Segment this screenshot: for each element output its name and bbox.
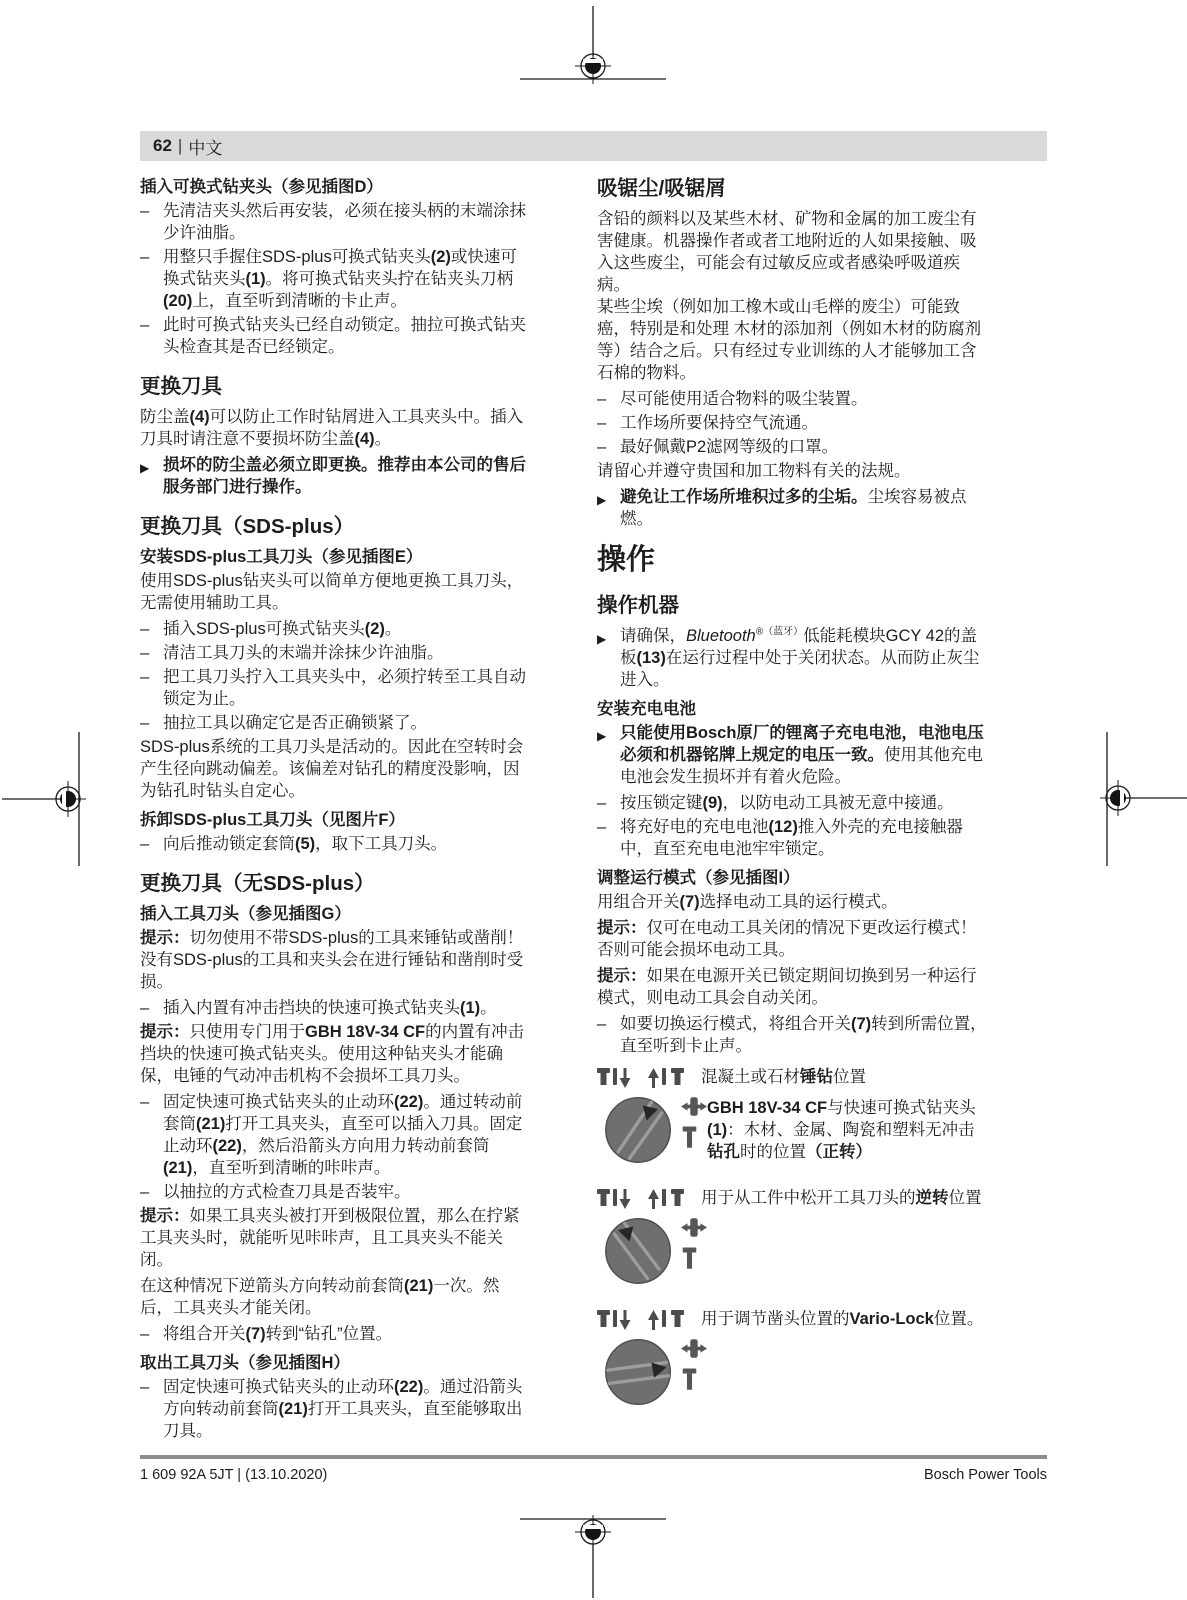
text-run: GBH 18V-34 CF (305, 1023, 425, 1041)
heading-dust-extraction: 吸锯尘/吸锯屑 (597, 176, 989, 201)
text-run: 请留心并遵守贵国和加工物料有关的法规。 (597, 462, 911, 480)
hammer-action-icon (681, 1096, 707, 1117)
hammer-action-icon (681, 1217, 707, 1238)
bullet-item: –抽拉工具以确定它是否正确锁紧了。 (140, 712, 532, 734)
text-run: 安装充电电池 (597, 700, 696, 718)
footer-left: 1 609 92A 5JT | (13.10.2020) (140, 1467, 327, 1483)
text-run: (20) (163, 292, 192, 310)
text-run: 在运行过程中处于关闭状态。从而防止灰尘进入。 (620, 649, 979, 689)
text-run: 逆转 (916, 1189, 949, 1207)
heading-changing-tool-without-sds: 更换刀具（无SDS-plus） (140, 871, 532, 896)
dash-marker: – (140, 712, 163, 734)
text-run: ，取下工具刀头。 (315, 835, 447, 853)
text-run: 位置 (949, 1189, 982, 1207)
text-run: Vario-Lock (850, 1310, 934, 1328)
bullet-item: –最好佩戴P2滤网等级的口罩。 (597, 436, 989, 458)
dash-marker: – (597, 792, 620, 814)
chuck-release-icon (597, 1067, 635, 1090)
bullet-item: –如要切换运行模式，将组合开关(7)转到所需位置，直至听到卡止声。 (597, 1013, 989, 1057)
dial-row (597, 1335, 989, 1409)
sub-heading: 取出工具刀头（参见插图H） (140, 1352, 532, 1374)
chuck-release-icon (597, 1188, 635, 1211)
text-run: 取出工具刀头（参见插图H） (140, 1354, 350, 1372)
text-run: (22) (394, 1378, 423, 1396)
dial-row: GBH 18V-34 CF与快速可换式钻夹头(1)：木材、金属、陶瓷和塑料无冲击… (597, 1093, 989, 1167)
item-text: 用整只手握住SDS-plus可换式钻夹头(2)或快速可换式钻夹头(1)。将可换式… (163, 246, 532, 312)
text-run: 在这种情况下逆箭头方向转动前套筒 (140, 1277, 404, 1295)
text-run: ，以防电动工具被无意中接通。 (723, 794, 954, 812)
dash-marker: – (140, 1181, 163, 1203)
text-run: (22) (394, 1093, 423, 1111)
item-text: 固定快速可换式钻夹头的止动环(22)。通过沿箭头方向转动前套筒(21)打开工具夹… (163, 1376, 532, 1442)
bullet-item: –先清洁夹头然后再安装，必须在接头柄的末端涂抹少许油脂。 (140, 200, 532, 244)
paragraph: SDS-plus系统的工具刀头是活动的。因此在空转时会产生径向跳动偏差。该偏差对… (140, 736, 532, 802)
text-run: 损坏的防尘盖必须立即更换。推荐由本公司的售后服务部门进行操作。 (163, 456, 526, 496)
text-run: 用整只手握住SDS-plus可换式钻夹头 (163, 248, 431, 266)
text-run: 更换刀具 (140, 375, 222, 398)
item-text: 把工具刀头拧入工具夹头中，必须拧转至工具自动锁定为止。 (163, 666, 532, 710)
heading-changing-tool-sds: 更换刀具（SDS-plus） (140, 514, 532, 539)
text-run: 插入可换式钻夹头（参见插图D） (140, 178, 383, 196)
text-run: (21) (163, 1159, 192, 1177)
text-run: (21) (404, 1277, 433, 1295)
chuck-insert-icon (647, 1067, 685, 1090)
text-run: 将充好电的充电电池 (620, 818, 769, 836)
item-text: 清洁工具刀头的末端并涂抹少许油脂。 (163, 642, 532, 664)
paragraph: 提示：只使用专门用于GBH 18V-34 CF的内置有冲击挡块的快速可换式钻夹头… (140, 1021, 532, 1087)
bullet-item: –将组合开关(7)转到“钻孔”位置。 (140, 1323, 532, 1345)
text-run: 先清洁夹头然后再安装，必须在接头柄的末端涂抹少许油脂。 (163, 202, 526, 242)
text-run: 提示： (140, 1207, 190, 1225)
item-text: 最好佩戴P2滤网等级的口罩。 (620, 436, 989, 458)
text-run: (13) (637, 649, 666, 667)
notice-item: ▶请确保，Bluetooth®（蓝牙）低能耗模块GCY 42的盖板(13)在运行… (597, 625, 989, 691)
dash-marker: – (140, 618, 163, 640)
arrow-marker: ▶ (597, 486, 620, 530)
paragraph: 提示：切勿使用不带SDS-plus的工具来锤钻或凿削！没有SDS-plus的工具… (140, 927, 532, 993)
item-text: 如要切换运行模式，将组合开关(7)转到所需位置，直至听到卡止声。 (620, 1013, 989, 1057)
bullet-item: –按压锁定键(9)，以防电动工具被无意中接通。 (597, 792, 989, 814)
item-text: 避免让工作场所堆积过多的尘垢。尘埃容易被点燃。 (620, 486, 989, 530)
text-run: （蓝牙） (763, 627, 803, 638)
header-separator: | (178, 136, 182, 156)
text-run: (9) (703, 794, 723, 812)
registration-mark-left (2, 724, 92, 872)
mode-icons (597, 1187, 701, 1211)
heading-insert-keyless-chuck: 插入可换式钻夹头（参见插图D） (140, 176, 532, 198)
bullet-item: –以抽拉的方式检查刀具是否装牢。 (140, 1181, 532, 1203)
text-run: 操作机器 (597, 594, 679, 617)
item-text: 以抽拉的方式检查刀具是否装牢。 (163, 1181, 532, 1203)
dash-marker: – (140, 246, 163, 312)
notice-item: ▶避免让工作场所堆积过多的尘垢。尘埃容易被点燃。 (597, 486, 989, 530)
text-run: ，然后沿箭头方向用力转动前套筒 (242, 1137, 490, 1155)
text-run: 用于从工件中松开工具刀头的 (701, 1189, 916, 1207)
item-text: 请确保，Bluetooth®（蓝牙）低能耗模块GCY 42的盖板(13)在运行过… (620, 625, 989, 691)
dial-side-icons (681, 1214, 707, 1270)
item-text: 抽拉工具以确定它是否正确锁紧了。 (163, 712, 532, 734)
text-run: 如果工具夹头被打开到极限位置，那么在拧紧工具夹头时，就能听见咔咔声，且工具夹头不… (140, 1207, 520, 1269)
dash-marker: – (140, 200, 163, 244)
text-run: 上，直至听到清晰的卡止声。 (192, 292, 407, 310)
text-run: 选择电动工具的运行模式。 (700, 893, 898, 911)
text-run: 使用SDS-plus钻夹头可以简单方便地更换工具刀头，无需使用辅助工具。 (140, 572, 523, 612)
text-run: (21) (279, 1400, 308, 1418)
text-run: 工作场所要保持空气流通。 (620, 414, 818, 432)
drill-bit-icon (681, 1368, 707, 1391)
footer-date: (13.10.2020) (245, 1467, 327, 1483)
text-run: (4) (355, 430, 375, 448)
text-run: 如果在电源开关已锁定期间切换到另一种运行模式，则电动工具会自动关闭。 (597, 967, 977, 1007)
drill-bit-icon (681, 1126, 707, 1149)
dial-side-icons (681, 1093, 707, 1149)
heading-changing-tool: 更换刀具 (140, 374, 532, 399)
text-run: 锤钻 (800, 1068, 833, 1086)
dash-marker: – (140, 314, 163, 358)
dash-marker: – (597, 436, 620, 458)
paragraph: 在这种情况下逆箭头方向转动前套筒(21)一次。然后，工具夹头才能关闭。 (140, 1275, 532, 1319)
hammer-drill-dial-icon (597, 1093, 681, 1167)
chuck-insert-icon (647, 1188, 685, 1211)
text-run: 按压锁定键 (620, 794, 703, 812)
notice-item: ▶只能使用Bosch原厂的锂离子充电电池，电池电压必须和机器铭牌上规定的电压一致… (597, 722, 989, 788)
item-text: 工作场所要保持空气流通。 (620, 412, 989, 434)
text-run: 。将可换式钻夹头拧在钻夹头刀柄 (266, 270, 514, 288)
item-text: 插入SDS-plus可换式钻夹头(2)。 (163, 618, 532, 640)
page-footer: 1 609 92A 5JT | (13.10.2020) Bosch Power… (140, 1455, 1047, 1483)
text-run: 防尘盖 (140, 408, 190, 426)
text-run: 将组合开关 (163, 1325, 246, 1343)
dash-marker: – (597, 1013, 620, 1057)
manual-page: 62 | 中文 插入可换式钻夹头（参见插图D）–先清洁夹头然后再安装，必须在接头… (0, 0, 1187, 1600)
sub-heading: 安装SDS-plus工具刀头（参见插图E） (140, 546, 532, 568)
sub-heading: 调整运行模式（参见插图I） (597, 867, 989, 889)
document-number: 1 609 92A 5JT (140, 1467, 233, 1483)
dash-marker: – (597, 816, 620, 860)
dash-marker: – (140, 1091, 163, 1179)
dash-marker: – (597, 412, 620, 434)
dial-description (707, 1335, 989, 1339)
item-text: 只能使用Bosch原厂的锂离子充电电池，电池电压必须和机器铭牌上规定的电压一致。… (620, 722, 989, 788)
bullet-item: –向后推动锁定套筒(5)，取下工具刀头。 (140, 833, 532, 855)
dash-marker: – (140, 833, 163, 855)
text-run: 安装SDS-plus工具刀头（参见插图E） (140, 548, 422, 566)
paragraph: 提示：如果在电源开关已锁定期间切换到另一种运行模式，则电动工具会自动关闭。 (597, 965, 989, 1009)
text-run: 请确保， (620, 627, 686, 645)
text-run: 操作 (597, 544, 655, 576)
item-text: 先清洁夹头然后再安装，必须在接头柄的末端涂抹少许油脂。 (163, 200, 532, 244)
text-run: 抽拉工具以确定它是否正确锁紧了。 (163, 714, 427, 732)
chuck-insert-icon (647, 1309, 685, 1332)
text-run: 仅可在电动工具关闭的情况下更改运行模式！否则可能会损坏电动工具。 (597, 919, 977, 959)
text-run: 含铅的颜料以及某些木材、矿物和金属的加工废尘有害健康。机器操作者或者工地附近的人… (597, 210, 977, 294)
dash-marker: – (140, 997, 163, 1019)
text-run: 提示： (140, 929, 190, 947)
bullet-item: –插入SDS-plus可换式钻夹头(2)。 (140, 618, 532, 640)
text-run: 转到“钻孔”位置。 (266, 1325, 393, 1343)
bullet-item: –固定快速可换式钻夹头的止动环(22)。通过转动前套筒(21)打开工具夹头，直至… (140, 1091, 532, 1179)
dash-marker: – (140, 1323, 163, 1345)
text-run: (1) (246, 270, 266, 288)
arrow-marker: ▶ (597, 625, 620, 691)
text-run: 用于调节凿头位置的 (701, 1310, 850, 1328)
text-run: 某些尘埃（例如加工橡木或山毛榉的废尘）可能致癌，特别是和处理 木材的添加剂（例如… (597, 298, 981, 382)
registration-mark-bottom (520, 1506, 666, 1598)
dash-marker: – (140, 642, 163, 664)
text-run: 。 (375, 430, 392, 448)
text-run: (7) (851, 1015, 871, 1033)
text-run: （正转） (806, 1143, 872, 1161)
text-run: 时的位置 (740, 1143, 806, 1161)
sub-heading: 拆卸SDS-plus工具刀头（见图片F） (140, 809, 532, 831)
dial-side-icons (681, 1335, 707, 1391)
dash-marker: – (140, 1376, 163, 1442)
paragraph: 某些尘埃（例如加工橡木或山毛榉的废尘）可能致癌，特别是和处理 木材的添加剂（例如… (597, 296, 989, 384)
paragraph: 提示：仅可在电动工具关闭的情况下更改运行模式！否则可能会损坏电动工具。 (597, 917, 989, 961)
paragraph: 提示：如果工具夹头被打开到极限位置，那么在拧紧工具夹头时，就能听见咔咔声，且工具… (140, 1205, 532, 1271)
text-run: 调整运行模式（参见插图I） (597, 869, 800, 887)
text-run: 拆卸SDS-plus工具刀头（见图片F） (140, 811, 405, 829)
item-text: 此时可换式钻夹头已经自动锁定。抽拉可换式钻夹头检查其是否已经锁定。 (163, 314, 532, 358)
item-text: 插入内置有冲击挡块的快速可换式钻夹头(1)。 (163, 997, 532, 1019)
text-run: 提示： (597, 919, 647, 937)
heading-starting-operation: 操作机器 (597, 593, 989, 618)
text-run: (7) (246, 1325, 266, 1343)
text-run: 用组合开关 (597, 893, 680, 911)
item-text: 按压锁定键(9)，以防电动工具被无意中接通。 (620, 792, 989, 814)
bullet-item: –工作场所要保持空气流通。 (597, 412, 989, 434)
footer-brand: Bosch Power Tools (924, 1467, 1047, 1483)
paragraph: 用组合开关(7)选择电动工具的运行模式。 (597, 891, 989, 913)
paragraph: 请留心并遵守贵国和加工物料有关的法规。 (597, 460, 989, 482)
dial-description: GBH 18V-34 CF与快速可换式钻夹头(1)：木材、金属、陶瓷和塑料无冲击… (707, 1093, 989, 1163)
mode-icons (597, 1308, 701, 1332)
registration-mark-top (520, 6, 666, 86)
text-run: 位置。 (934, 1310, 984, 1328)
text-run: (21) (196, 1115, 225, 1133)
text-run: Bluetooth (686, 627, 756, 645)
bullet-item: –插入内置有冲击挡块的快速可换式钻夹头(1)。 (140, 997, 532, 1019)
mode-label: 用于从工件中松开工具刀头的逆转位置 (701, 1187, 989, 1209)
text-run: 向后推动锁定套筒 (163, 835, 295, 853)
text-run: (12) (769, 818, 798, 836)
text-run: ，直至听到清晰的咔咔声。 (192, 1159, 390, 1177)
right-column: 吸锯尘/吸锯屑含铅的颜料以及某些木材、矿物和金属的加工废尘有害健康。机器操作者或… (597, 176, 989, 1429)
mode-row: 混凝土或石材锤钻位置 (597, 1066, 989, 1090)
text-run: 避免让工作场所堆积过多的尘垢。 (620, 488, 868, 506)
item-text: 尽可能使用适合物料的吸尘装置。 (620, 388, 989, 410)
text-run: 与快速可换式钻夹头 (827, 1099, 976, 1117)
notice-item: ▶损坏的防尘盖必须立即更换。推荐由本公司的售后服务部门进行操作。 (140, 454, 532, 498)
dash-marker: – (140, 666, 163, 710)
text-run: 以抽拉的方式检查刀具是否装牢。 (163, 1183, 411, 1201)
text-run: SDS-plus系统的工具刀头是活动的。因此在空转时会产生径向跳动偏差。该偏差对… (140, 738, 523, 800)
text-run: 插入内置有冲击挡块的快速可换式钻夹头 (163, 999, 460, 1017)
page-header: 62 | 中文 (140, 131, 1047, 161)
sub-heading: 插入工具刀头（参见插图G） (140, 903, 532, 925)
text-run: 位置 (833, 1068, 866, 1086)
text-run: 固定快速可换式钻夹头的止动环 (163, 1093, 394, 1111)
bullet-item: –此时可换式钻夹头已经自动锁定。抽拉可换式钻夹头检查其是否已经锁定。 (140, 314, 532, 358)
text-run: 。 (480, 999, 497, 1017)
header-language: 中文 (188, 134, 222, 159)
text-run: ® (756, 627, 763, 638)
page-number: 62 (153, 136, 172, 156)
text-run: 尽可能使用适合物料的吸尘装置。 (620, 390, 868, 408)
arrow-marker: ▶ (140, 454, 163, 498)
dial-description (707, 1214, 989, 1218)
bullet-item: –固定快速可换式钻夹头的止动环(22)。通过沿箭头方向转动前套筒(21)打开工具… (140, 1376, 532, 1442)
text-run: (2) (431, 248, 451, 266)
text-run: 提示： (597, 967, 647, 985)
text-run: 提示： (140, 1023, 190, 1041)
paragraph: 含铅的颜料以及某些木材、矿物和金属的加工废尘有害健康。机器操作者或者工地附近的人… (597, 208, 989, 296)
bullet-item: –用整只手握住SDS-plus可换式钻夹头(2)或快速可换式钻夹头(1)。将可换… (140, 246, 532, 312)
text-run: 混凝土或石材 (701, 1068, 800, 1086)
registration-mark-right (1096, 724, 1187, 872)
paragraph: 防尘盖(4)可以防止工作时钻屑进入工具夹头中。插入刀具时请注意不要损坏防尘盖(4… (140, 406, 532, 450)
text-run: 。 (385, 620, 402, 638)
item-text: 固定快速可换式钻夹头的止动环(22)。通过转动前套筒(21)打开工具夹头，直至可… (163, 1091, 532, 1179)
footer-separator: | (237, 1467, 241, 1483)
dash-marker: – (597, 388, 620, 410)
arrow-marker: ▶ (597, 722, 620, 788)
left-column: 插入可换式钻夹头（参见插图D）–先清洁夹头然后再安装，必须在接头柄的末端涂抹少许… (140, 176, 532, 1444)
bullet-item: –将充好电的充电电池(12)推入外壳的充电接触器中，直至充电电池牢牢锁定。 (597, 816, 989, 860)
text-run: 清洁工具刀头的末端并涂抹少许油脂。 (163, 644, 444, 662)
bullet-item: –清洁工具刀头的末端并涂抹少许油脂。 (140, 642, 532, 664)
item-text: 损坏的防尘盖必须立即更换。推荐由本公司的售后服务部门进行操作。 (163, 454, 532, 498)
text-run: 只使用专门用于 (190, 1023, 306, 1041)
text-run: 钻孔 (707, 1143, 740, 1161)
mode-row: 用于调节凿头位置的Vario-Lock位置。 (597, 1308, 989, 1332)
text-run: 插入工具刀头（参见插图G） (140, 905, 351, 923)
text-run: (1) (460, 999, 480, 1017)
hammer-action-icon (681, 1338, 707, 1359)
paragraph: 使用SDS-plus钻夹头可以简单方便地更换工具刀头，无需使用辅助工具。 (140, 570, 532, 614)
text-run: (4) (190, 408, 210, 426)
sub-heading: 安装充电电池 (597, 698, 989, 720)
item-text: 将充好电的充电电池(12)推入外壳的充电接触器中，直至充电电池牢牢锁定。 (620, 816, 989, 860)
mode-icons (597, 1066, 701, 1090)
text-run: (1) (707, 1121, 727, 1139)
text-run: ：木材、金属、陶瓷和塑料无冲击 (727, 1121, 975, 1139)
text-run: 更换刀具（SDS-plus） (140, 515, 354, 538)
text-run: GBH 18V-34 CF (707, 1099, 827, 1117)
text-run: 此时可换式钻夹头已经自动锁定。抽拉可换式钻夹头检查其是否已经锁定。 (163, 316, 526, 356)
mode-label: 用于调节凿头位置的Vario-Lock位置。 (701, 1308, 989, 1330)
chuck-release-icon (597, 1309, 635, 1332)
text-run: (22) (213, 1137, 242, 1155)
text-run: 切勿使用不带SDS-plus的工具来锤钻或凿削！没有SDS-plus的工具和夹头… (140, 929, 523, 991)
text-run: (2) (365, 620, 385, 638)
heading-operation: 操作 (597, 544, 989, 577)
text-run: 更换刀具（无SDS-plus） (140, 872, 375, 895)
text-run: 如要切换运行模式，将组合开关 (620, 1015, 851, 1033)
text-run: 把工具刀头拧入工具夹头中，必须拧转至工具自动锁定为止。 (163, 668, 526, 708)
mode-row: 用于从工件中松开工具刀头的逆转位置 (597, 1187, 989, 1211)
bullet-item: –尽可能使用适合物料的吸尘装置。 (597, 388, 989, 410)
dial-row (597, 1214, 989, 1288)
bullet-item: –把工具刀头拧入工具夹头中，必须拧转至工具自动锁定为止。 (140, 666, 532, 710)
mode-label: 混凝土或石材锤钻位置 (701, 1066, 989, 1088)
text-run: (5) (295, 835, 315, 853)
text-run: (7) (680, 893, 700, 911)
text-run: 插入SDS-plus可换式钻夹头 (163, 620, 365, 638)
reverse-dial-icon (597, 1214, 681, 1288)
text-run: 吸锯尘/吸锯屑 (597, 177, 726, 200)
item-text: 将组合开关(7)转到“钻孔”位置。 (163, 1323, 532, 1345)
text-run: 最好佩戴P2滤网等级的口罩。 (620, 438, 838, 456)
item-text: 向后推动锁定套筒(5)，取下工具刀头。 (163, 833, 532, 855)
vario-lock-dial-icon (597, 1335, 681, 1409)
drill-bit-icon (681, 1247, 707, 1270)
text-run: 固定快速可换式钻夹头的止动环 (163, 1378, 394, 1396)
